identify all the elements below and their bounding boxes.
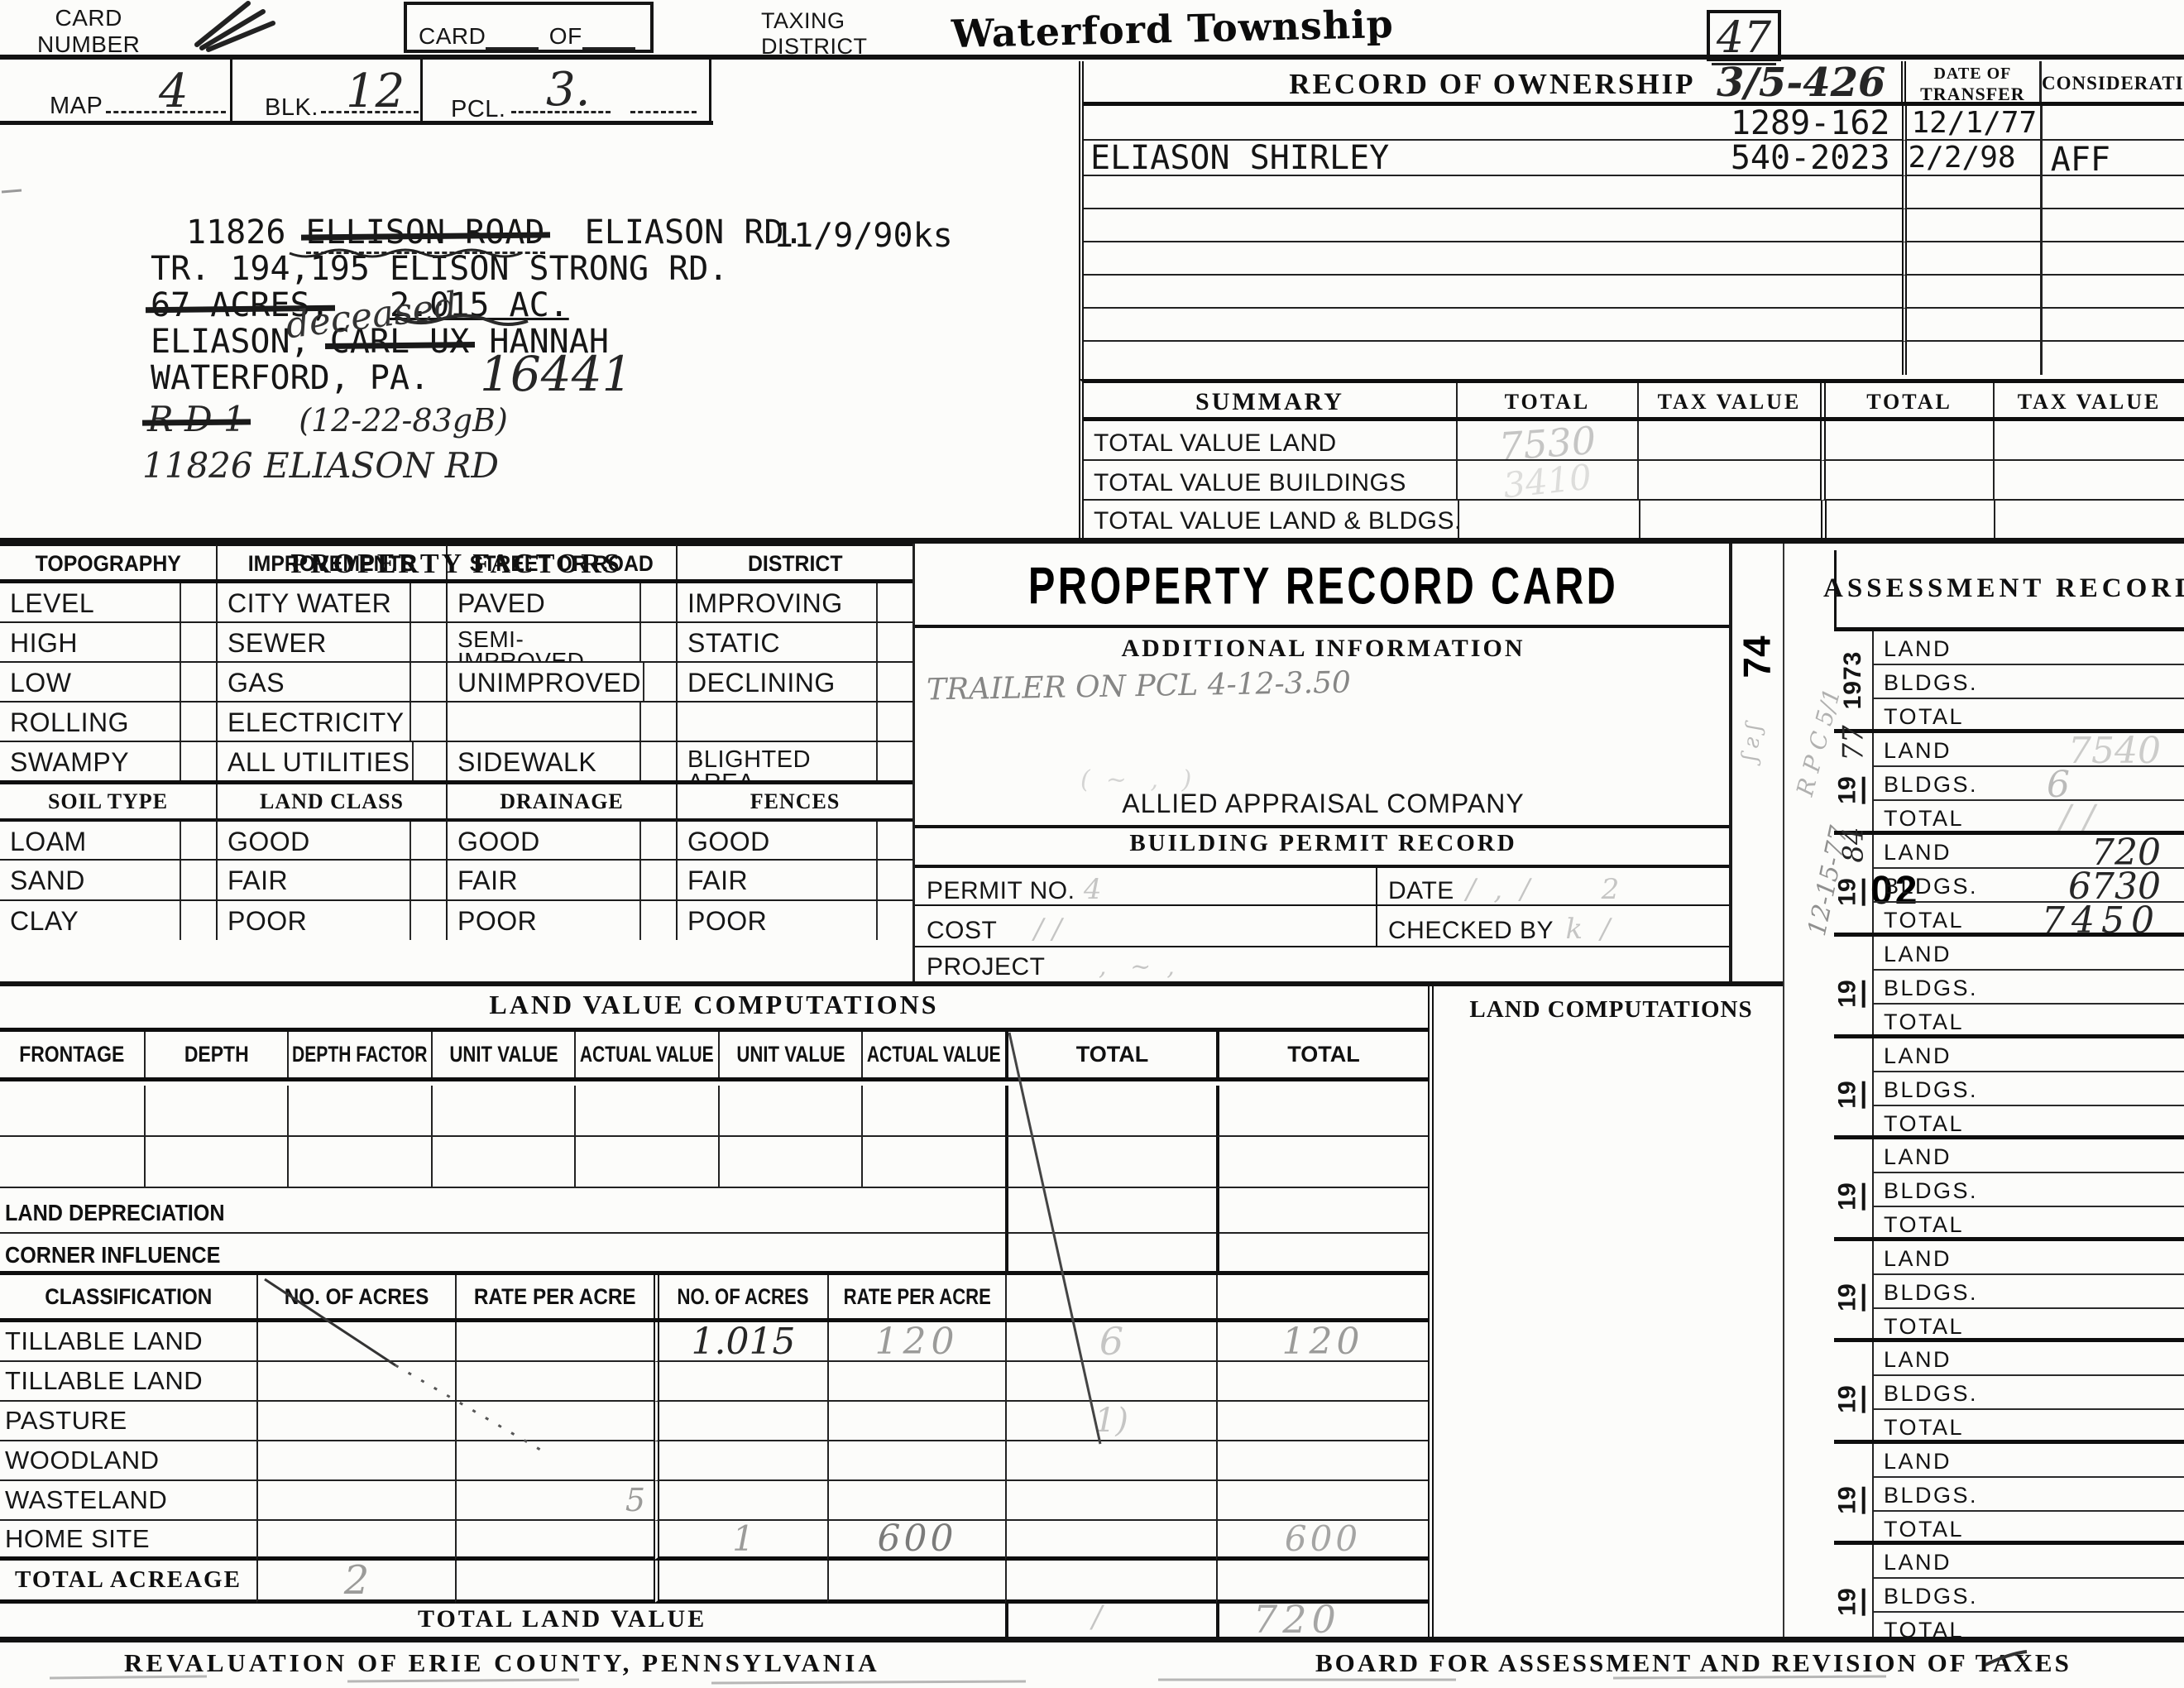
summary-label-cell: TOTAL VALUE BUILDINGS [1084, 461, 1456, 501]
year-19: 19 [1834, 1486, 1865, 1513]
township-stamp: Waterford Township [951, 2, 1394, 56]
lvc-cell [718, 1086, 861, 1137]
blk-underline [321, 111, 419, 113]
cls-colhead-label: RATE PER ACRE [474, 1284, 636, 1310]
assessment-row: BLDGS. [1874, 1173, 2184, 1207]
soil-checkbox [180, 861, 216, 899]
permit-cost-label: COST [927, 917, 997, 944]
pf-checkbox [639, 703, 676, 741]
soil-cell: CLAY [0, 901, 180, 940]
address-line-1: 11826 ELLISON ROAD ELIASON RD. [186, 213, 804, 252]
soil-checkbox [876, 861, 912, 899]
assessment-block: 19 LAND BLDGS. TOTAL [1834, 1034, 2184, 1135]
summary-value-cell: 7530 [1456, 421, 1637, 461]
pf-checkbox [876, 742, 912, 780]
soil-checkbox [409, 822, 446, 859]
assessment-block: 19 LAND BLDGS. TOTAL [1834, 933, 2184, 1034]
empty-cell [1902, 209, 2040, 242]
soil-colhead: DRAINAGE [446, 784, 676, 818]
pf-cell: ROLLING [0, 703, 180, 741]
cls-cell [654, 1481, 827, 1521]
col-label: TOTAL [1866, 390, 1952, 414]
cls-colhead [1005, 1275, 1216, 1318]
permit-no-row: PERMIT NO. 4 [927, 873, 1102, 906]
cls-cell [256, 1402, 455, 1441]
land-label: LAND [1884, 1347, 1952, 1373]
assessment-block: 19 LAND BLDGS. TOTAL [1834, 1237, 2184, 1338]
assessment-row: LAND [1874, 1038, 2184, 1072]
assessment-row: LAND [1874, 1342, 2184, 1376]
pf-cell: SIDEWALK [448, 742, 639, 780]
lvc-cell [1005, 1137, 1216, 1188]
ownership-row: ELIASON SHIRLEY 540-2023 2/2/98 AFF [1084, 141, 2184, 176]
land-label: LAND [1884, 636, 1952, 662]
land-depreciation-label: LAND DEPRECIATION [5, 1200, 225, 1226]
lvc-colhead: DEPTH [144, 1032, 287, 1077]
soil-checkbox [180, 901, 216, 940]
pf-checkbox [409, 623, 446, 661]
bpr-title-wrap: BUILDING PERMIT RECORD [915, 830, 1731, 857]
pf-checkbox [412, 742, 447, 780]
assessment-row: BLDGS. [1874, 1275, 2184, 1309]
soil-checkbox [876, 901, 912, 940]
soil-cell: GOOD [448, 822, 639, 859]
corner-influence-row: CORNER INFLUENCE [0, 1234, 1428, 1275]
lvc-colhead: UNIT VALUE [718, 1032, 861, 1077]
year-19: 19 [1834, 878, 1865, 905]
summary-value-cell [1993, 461, 2184, 501]
soil-checkbox [409, 901, 446, 940]
summary-label-cell: TOTAL VALUE LAND & BLDGS. [1084, 501, 1458, 538]
pf-row: LEVEL CITY WATER PAVED IMPROVING [0, 582, 912, 621]
assessment-year-cell: 19 [1834, 1241, 1874, 1338]
permit-cost-value: / / [1034, 913, 1062, 946]
classification-row: WASTELAND 5 [0, 1481, 1428, 1521]
date-col-line1: DATE OF [1906, 65, 2039, 84]
summary-row: TOTAL VALUE LAND & BLDGS. [1084, 501, 2184, 538]
district-code-box: 47 [1707, 10, 1781, 61]
cls-cell [1005, 1481, 1216, 1521]
land-label: LAND [1884, 1449, 1952, 1475]
lvc-cell [144, 1086, 287, 1137]
rate-value: 120 [875, 1321, 960, 1363]
building-permit-title: BUILDING PERMIT RECORD [1129, 830, 1516, 856]
cls-cell [455, 1441, 654, 1481]
cls-cell: 600 [827, 1521, 1005, 1561]
summary-value-cell: 3410 [1456, 461, 1637, 501]
empty-cell [1902, 276, 2040, 309]
address-line-5: WATERFORD, PA. [151, 359, 429, 397]
assessment-year-cell: 19 [1834, 937, 1874, 1034]
pf-checkbox [409, 583, 446, 621]
cls-cell [654, 1402, 827, 1441]
empty-cell [1084, 176, 1902, 209]
assessment-year-cell: 19 [1834, 1038, 1874, 1135]
map-underline [106, 111, 226, 113]
bldgs-label: BLDGS. [1884, 772, 1978, 798]
cls-cell [1005, 1362, 1216, 1402]
empty-cell [2040, 276, 2184, 309]
cls-colhead-label: CLASSIFICATION [45, 1284, 212, 1310]
assessment-year-cell: 19 [1834, 1139, 1874, 1237]
empty-cell [1902, 242, 2040, 276]
pf-colhead-label: IMPROVEMENTS [248, 551, 415, 577]
pf-cell: STATIC [678, 623, 876, 661]
bldgs-label: BLDGS. [1884, 1077, 1978, 1103]
cls-colhead: CLASSIFICATION [0, 1275, 256, 1318]
lvc-cell [0, 1086, 144, 1137]
classification-row: PASTURE 1) [0, 1402, 1428, 1441]
soil-cell: FAIR [448, 861, 639, 899]
bldgs-label: BLDGS. [1884, 976, 1978, 1001]
lvc-cell [718, 1137, 861, 1188]
cls-label-cell: WOODLAND [0, 1441, 256, 1481]
soil-row: CLAY POOR POOR POOR [0, 899, 912, 940]
cls-label-cell: WASTELAND [0, 1481, 256, 1521]
total-label: TOTAL [1884, 1212, 1964, 1238]
empty-cell [2040, 209, 2184, 242]
soil-colhead: SOIL TYPE [0, 784, 216, 818]
summary-value-cell [1458, 501, 1639, 538]
footer-right-wrap: BOARD FOR ASSESSMENT AND REVISION OF TAX… [1315, 1648, 2071, 1678]
bldgs-label: BLDGS. [1884, 874, 1978, 899]
total-label: TOTAL [1884, 704, 1964, 730]
cls-label: HOME SITE [5, 1524, 150, 1554]
cls-label-cell: PASTURE [0, 1402, 256, 1441]
lvc-vline [1216, 1188, 1219, 1234]
cls-label-cell: HOME SITE [0, 1521, 256, 1561]
parcel-row: MAP 4 BLK. 12 PCL. 3. [0, 60, 711, 122]
summary-value-cell [1820, 461, 1993, 501]
summary-value-cell [1820, 421, 1993, 461]
tlv-mark: / [1092, 1600, 1102, 1634]
pf-cell: LEVEL [0, 583, 180, 621]
cls-cell: 120 [1216, 1322, 1428, 1362]
land-label: LAND [1884, 942, 1952, 967]
empty-cell [2040, 242, 2184, 276]
project-label: PROJECT [927, 953, 1046, 981]
land-depreciation-row: LAND DEPRECIATION [0, 1188, 1428, 1234]
lvc-cell [861, 1137, 1005, 1188]
cls-colhead-label: NO. OF ACRES [678, 1284, 809, 1310]
summary-row-label: TOTAL VALUE LAND [1094, 429, 1337, 457]
own-r2-cons: AFF [2040, 141, 2184, 176]
summary-value-cell [1639, 501, 1821, 538]
cls-label: TILLABLE LAND [5, 1366, 203, 1396]
soil-checkbox [409, 861, 446, 899]
summary-value-cell [1993, 421, 2184, 461]
pf-cell: SEWER [218, 623, 409, 661]
zip-hand: 16441 [480, 346, 633, 402]
lvc-cell [1216, 1137, 1428, 1188]
soil-colhead-label: DRAINAGE [500, 789, 624, 814]
consideration-value: AFF [2051, 141, 2110, 179]
assessment-year-cell: 19 [1834, 1444, 1874, 1541]
permit-no-label: PERMIT NO. [927, 877, 1075, 904]
land-label: LAND [1884, 1043, 1952, 1069]
total-acreage-label-cell: TOTAL ACREAGE [0, 1561, 256, 1604]
soil-row: LOAM GOOD GOOD GOOD [0, 818, 912, 859]
pcl-underline-2 [630, 111, 697, 113]
bldgs-label: BLDGS. [1884, 1483, 1978, 1508]
cls-cell [654, 1561, 827, 1604]
street-corrected: ELIASON RD. [585, 213, 804, 252]
ownership-table: RECORD OF OWNERSHIP 3/5-426 DATE OF TRAN… [1079, 61, 2184, 379]
pf-checkbox [180, 623, 216, 661]
year-19: 19 [1834, 980, 1865, 1007]
cls-colhead-label: RATE PER ACRE [843, 1284, 990, 1310]
address-line-7: 11826 ELIASON RD [142, 445, 499, 486]
cls-cell [256, 1322, 455, 1362]
cls-cell [1216, 1362, 1428, 1402]
card-number-label: CARD NUMBER [37, 5, 140, 58]
permit-cost-row: COST / / [927, 913, 1062, 946]
total-acreage-label: TOTAL ACREAGE [15, 1566, 242, 1594]
total2-value: 600 [1285, 1518, 1361, 1559]
soil-cell: POOR [448, 901, 639, 940]
assessment-row: BLDGS. [1874, 971, 2184, 1005]
cls-cell [1005, 1561, 1216, 1604]
pf-checkbox [180, 583, 216, 621]
lvc-cell [431, 1086, 574, 1137]
project-value: , ~ , [1099, 952, 1175, 981]
prc-rule [915, 625, 1731, 628]
pf-cell: ALL UTILITIES [218, 742, 412, 780]
total-land-value-row: TOTAL LAND VALUE / 720 [0, 1604, 1428, 1637]
company-wrap: ALLIED APPRAISAL COMPANY [915, 789, 1731, 819]
bpr-top-rule [915, 825, 1731, 828]
pf-checkbox [639, 583, 676, 621]
lvc-colhead-label: DEPTH [184, 1042, 249, 1067]
bpr-rule-2 [915, 904, 1731, 906]
own-r1-date: 12/1/77 [1902, 106, 2040, 141]
lvc-colhead: TOTAL [1216, 1032, 1428, 1077]
cls-cell [455, 1402, 654, 1441]
pf-row: LOW GAS UNIMPROVED DECLINING [0, 661, 912, 701]
lvc-cell [287, 1086, 431, 1137]
date-transfer-header: DATE OF TRANSFER [1901, 61, 2039, 102]
lvc-title-wrap: LAND VALUE COMPUTATIONS [0, 990, 1428, 1020]
lvc-colhead: DEPTH FACTOR [287, 1032, 431, 1077]
summary-row-label: TOTAL VALUE LAND & BLDGS. [1094, 507, 1462, 535]
permit-checked-row: CHECKED BY k / [1388, 913, 1610, 946]
year-hand: 84 [1837, 827, 1870, 862]
additional-info-title: ADDITIONAL INFORMATION [1122, 635, 1525, 662]
total-label: TOTAL [1884, 1415, 1964, 1441]
address-line-6: R D 1 (12-22-83gB) [147, 399, 508, 439]
summary-value-cell [1637, 461, 1820, 501]
assessment-year-cell: 19 [1834, 1342, 1874, 1440]
cls-cell [654, 1362, 827, 1402]
soil-colheads: SOIL TYPE LAND CLASS DRAINAGE FENCES [0, 780, 912, 818]
total-label: TOTAL [1884, 1009, 1964, 1035]
ownership-empty-row [1084, 309, 2184, 342]
lvc-total-label: TOTAL [1287, 1042, 1360, 1067]
note-date: 11/9/90ks [773, 217, 953, 255]
owner-name: ELIASON SHIRLEY [1090, 139, 1389, 175]
soil-checkbox [639, 861, 676, 899]
summary-title: SUMMARY [1195, 388, 1344, 415]
appraisal-company: ALLIED APPRAISAL COMPANY [1122, 789, 1524, 818]
lvc-vline [1005, 1604, 1008, 1637]
rd1-struck: R D 1 [147, 399, 246, 439]
pf-cell: BLIGHTED AREA [678, 742, 876, 780]
margin-scribble: ʃ ƨ ʃ [1737, 722, 1767, 762]
blk-label: BLK. [265, 94, 318, 122]
pf-cell: IMPROVING [678, 583, 876, 621]
pf-checkbox [876, 623, 912, 661]
ownership-empty-row [1084, 342, 2184, 375]
lvc-vline [1216, 1234, 1219, 1275]
soil-colhead-label: SOIL TYPE [48, 789, 168, 814]
own-r2-date: 2/2/98 [1902, 141, 2040, 176]
soil-cell: GOOD [678, 822, 876, 859]
summary-col-total1: TOTAL [1456, 383, 1637, 417]
total-label: TOTAL [1884, 806, 1964, 832]
cls-colhead: RATE PER ACRE [455, 1275, 654, 1318]
classification-row: WOODLAND [0, 1441, 1428, 1481]
permit-project-row: PROJECT , ~ , [927, 952, 1175, 981]
card-number-line1: CARD [37, 5, 140, 31]
bldgs-label: BLDGS. [1884, 1178, 1978, 1204]
book-page: 1289-162 [1731, 104, 1890, 139]
assessment-row: LAND [1874, 937, 2184, 971]
bldgs-label: BLDGS. [1884, 670, 1978, 696]
cls-cell [827, 1402, 1005, 1441]
summary-title-cell: SUMMARY [1084, 383, 1456, 417]
cls-cell [1005, 1441, 1216, 1481]
parcel-divider-2 [420, 60, 423, 122]
card-of-box: CARD OF [404, 2, 654, 53]
classification-row: TILLABLE LAND [0, 1362, 1428, 1402]
map-label: MAP [50, 93, 103, 120]
assessment-row: BLDGS. [1874, 1376, 2184, 1410]
pf-checkbox [409, 663, 446, 701]
year-19: 19 [1834, 1588, 1865, 1615]
prc-title: PROPERTY RECORD CARD [1028, 556, 1618, 616]
lvc-empty-row [0, 1086, 1428, 1137]
record-card-panel: PROPERTY RECORD CARD ADDITIONAL INFORMAT… [912, 544, 1729, 981]
cls-cell [1216, 1441, 1428, 1481]
cls-cell [1005, 1521, 1216, 1561]
property-factors-table: PROPERTY FACTORS TOPOGRAPHY IMPROVEMENTS… [0, 544, 912, 980]
empty-cell [1902, 342, 2040, 375]
lvc-header-row: FRONTAGE DEPTH DEPTH FACTOR UNIT VALUE A… [0, 1028, 1428, 1081]
lvc-vline [1005, 1188, 1008, 1234]
pf-checkbox [180, 703, 216, 741]
assessment-row: BLDGS. [1874, 1072, 2184, 1106]
assessment-block: 1973 LAND BLDGS. TOTAL [1834, 627, 2184, 729]
pf-cell: DECLINING [678, 663, 876, 701]
pf-cell: HIGH [0, 623, 180, 661]
cls-cell [827, 1561, 1005, 1604]
empty-cell [2040, 176, 2184, 209]
taxing-line1: TAXING [761, 8, 868, 34]
permit-date-row: DATE / , / 2 [1388, 873, 1619, 906]
street-struck: ELLISON ROAD [306, 213, 545, 254]
total1-value: 1) [1094, 1402, 1128, 1440]
empty-cell [1084, 276, 1902, 309]
pf-checkbox [180, 663, 216, 701]
summary-value-cell [1821, 501, 1994, 538]
assessment-row: TOTAL [1874, 1207, 2184, 1241]
lvc-colhead-label: ACTUAL VALUE [867, 1042, 1001, 1067]
empty-cell [1084, 242, 1902, 276]
soil-row: SAND FAIR FAIR FAIR [0, 859, 912, 899]
pf-checkbox [409, 703, 446, 741]
pf-cell: CITY WATER [218, 583, 409, 621]
pf-row: ROLLING ELECTRICITY [0, 701, 912, 741]
cls-cell [1216, 1481, 1428, 1521]
soil-colhead: LAND CLASS [216, 784, 446, 818]
pf-checkbox [876, 703, 912, 741]
cls-colhead [1216, 1275, 1428, 1318]
card-of-blank2 [582, 22, 635, 50]
assessment-year-cell: 19 [1834, 1545, 1874, 1642]
soil-cell: LOAM [0, 822, 180, 859]
cls-cell [455, 1322, 654, 1362]
assessment-row: TOTAL/ / [1874, 801, 2184, 835]
pf-cell: SWAMPY [0, 742, 180, 780]
total-acreage-value: 2 [344, 1557, 370, 1604]
own-r1-name-book: 1289-162 [1084, 106, 1902, 141]
pf-cell: PAVED [448, 583, 639, 621]
lvc-vline [1216, 1604, 1219, 1637]
lvc-colhead: ACTUAL VALUE [574, 1032, 718, 1077]
summary-value-cell [1994, 501, 2184, 538]
pf-cell [678, 703, 876, 741]
ownership-empty-row [1084, 176, 2184, 209]
summary-col-tax1: TAX VALUE [1637, 383, 1820, 417]
assessment-row: LAND [1874, 631, 2184, 665]
own-r1-cons [2040, 106, 2184, 141]
taxing-district-label: TAXING DISTRICT [761, 8, 868, 60]
bpr-rule-1 [915, 865, 1731, 868]
assessment-block: 19 LAND BLDGS. TOTAL [1834, 1541, 2184, 1642]
assessment-row: LAND720 [1874, 835, 2184, 869]
empty-cell [2040, 342, 2184, 375]
land-computations-panel: LAND COMPUTATIONS [1428, 986, 1783, 1637]
land-label: LAND [1884, 738, 1952, 764]
book-page: 540-2023 [1731, 139, 1890, 175]
year-74-stamp: 74 [1735, 635, 1779, 678]
acres-value: 1.015 [692, 1321, 796, 1363]
soil-cell: FAIR [218, 861, 409, 899]
lvc-total-label: TOTAL [1076, 1042, 1149, 1067]
cls-colhead-label: NO. OF ACRES [285, 1284, 429, 1310]
land-value: 7540 [2068, 730, 2161, 772]
pf-row: HIGH SEWER SEMI-IMPROVED STATIC [0, 621, 912, 661]
lvc-colhead: FRONTAGE [0, 1032, 144, 1077]
cls-label: PASTURE [5, 1406, 127, 1436]
card-of-blank1 [486, 22, 539, 50]
assessment-title: ASSESSMENT RECORD [1823, 573, 2184, 604]
ownership-title-cell: RECORD OF OWNERSHIP 3/5-426 [1084, 61, 1901, 102]
checked-by-label: CHECKED BY [1388, 917, 1554, 944]
cls-cell: 6 [1005, 1322, 1216, 1362]
mid-rule [0, 538, 2184, 544]
lvc-vline [1005, 1234, 1008, 1275]
assessment-row: BLDGS. [1874, 665, 2184, 699]
deed-note: (12-22-83gB) [299, 402, 508, 439]
margin-74-column: 74 ʃ ƨ ʃ [1729, 544, 1783, 981]
empty-cell [1084, 309, 1902, 342]
wasteland-mark: 5 [625, 1482, 645, 1518]
cls-cell [827, 1441, 1005, 1481]
land-value-computations: LAND VALUE COMPUTATIONS FRONTAGE DEPTH D… [0, 986, 1428, 1637]
ownership-empty-row [1084, 242, 2184, 276]
assessment-block: 19 LAND BLDGS. TOTAL [1834, 1338, 2184, 1440]
